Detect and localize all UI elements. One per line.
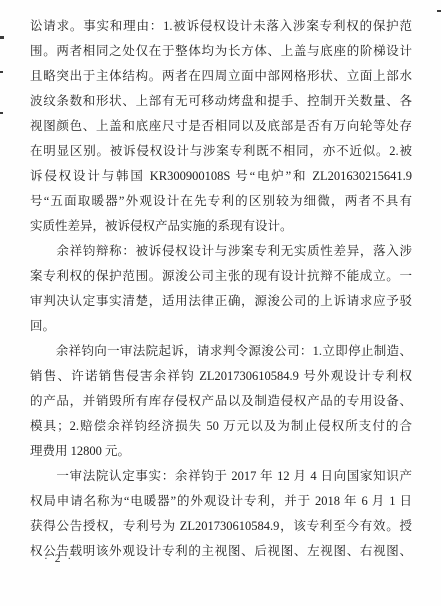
scan-artifact: [0, 71, 3, 73]
paragraph-respondent-defense: 余祥钧辩称：被诉侵权设计与涉案专利无实质性差异，落入涉 案专利权的保护范围。源浚…: [30, 239, 412, 339]
text-line: 的产品，并销毁所有库存侵权产品以及制造侵权产品的专用设备、: [30, 389, 412, 414]
text-line: 视图颜色、上盖和底座尺寸是否相同以及底部是否有万向轮等处存: [30, 114, 412, 139]
text-line: 波纹条数和形状、上部有无可移动烤盘和提手、控制开关数量、各: [30, 89, 412, 114]
text-line: 号“五面取暖器”外观设计在先专利的区别较为细微，两者不具有: [30, 189, 412, 214]
text-line: 理费用 12800 元。: [30, 439, 412, 464]
text-line: 模具；2.赔偿余祥钧经济损失 50 万元以及为制止侵权所支付的合: [30, 414, 412, 439]
paragraph-first-instance-claims: 余祥钧向一审法院起诉，请求判令源浚公司：1.立即停止制造、 销售、许诺销售侵害余…: [30, 339, 412, 464]
text-line: 讼请求。事实和理由：1.被诉侵权设计未落入涉案专利权的保护范: [30, 14, 412, 39]
paragraph-appeal-grounds: 讼请求。事实和理由：1.被诉侵权设计未落入涉案专利权的保护范 围。两者相同之处仅…: [30, 14, 412, 239]
text-line: 围。两者相同之处仅在于整体均为长方体、上盖与底座的阶梯设计: [30, 39, 412, 64]
text-line: 权公告载明该外观设计专利的主视图、后视图、左视图、右视图、: [30, 539, 412, 564]
scan-artifact: [437, 10, 441, 12]
scan-artifact: [0, 36, 4, 39]
scan-artifact: [0, 112, 3, 114]
text-line: 余祥钧辩称：被诉侵权设计与涉案专利无实质性差异，落入涉: [30, 239, 412, 264]
text-line: 案专利权的保护范围。源浚公司主张的现有设计抗辩不能成立。一: [30, 264, 412, 289]
text-line: 权局申请名称为“电暖器”的外观设计专利，并于 2018 年 6 月 1 日: [30, 489, 412, 514]
judgment-text-block: 讼请求。事实和理由：1.被诉侵权设计未落入涉案专利权的保护范 围。两者相同之处仅…: [30, 14, 412, 564]
text-line: 余祥钧向一审法院起诉，请求判令源浚公司：1.立即停止制造、: [30, 339, 412, 364]
paragraph-first-instance-facts: 一审法院认定事实：余祥钧于 2017 年 12 月 4 日向国家知识产 权局申请…: [30, 464, 412, 564]
judgment-page: 讼请求。事实和理由：1.被诉侵权设计未落入涉案专利权的保护范 围。两者相同之处仅…: [0, 0, 441, 606]
page-number: · 2 ·: [44, 551, 73, 567]
text-line: 审判决认定事实清楚，适用法律正确，源浚公司的上诉请求应予驳: [30, 289, 412, 314]
text-line: 在明显区别。被诉侵权设计与涉案专利既不相同，亦不近似。2.被: [30, 139, 412, 164]
text-line: 销售、许诺销售侵害余祥钧 ZL201730610584.9 号外观设计专利权: [30, 364, 412, 389]
text-line: 实质性差异，被诉侵权产品实施的系现有设计。: [30, 214, 412, 239]
text-line: 诉侵权设计与韩国 KR300900108S 号“电炉”和 ZL201630215…: [30, 164, 412, 189]
text-line: 且略突出于主体结构。两者在四周立面中部网格形状、立面上部水: [30, 64, 412, 89]
text-line: 一审法院认定事实：余祥钧于 2017 年 12 月 4 日向国家知识产: [30, 464, 412, 489]
text-line: 获得公告授权，专利号为 ZL201730610584.9，该专利至今有效。授: [30, 514, 412, 539]
text-line: 回。: [30, 314, 412, 339]
